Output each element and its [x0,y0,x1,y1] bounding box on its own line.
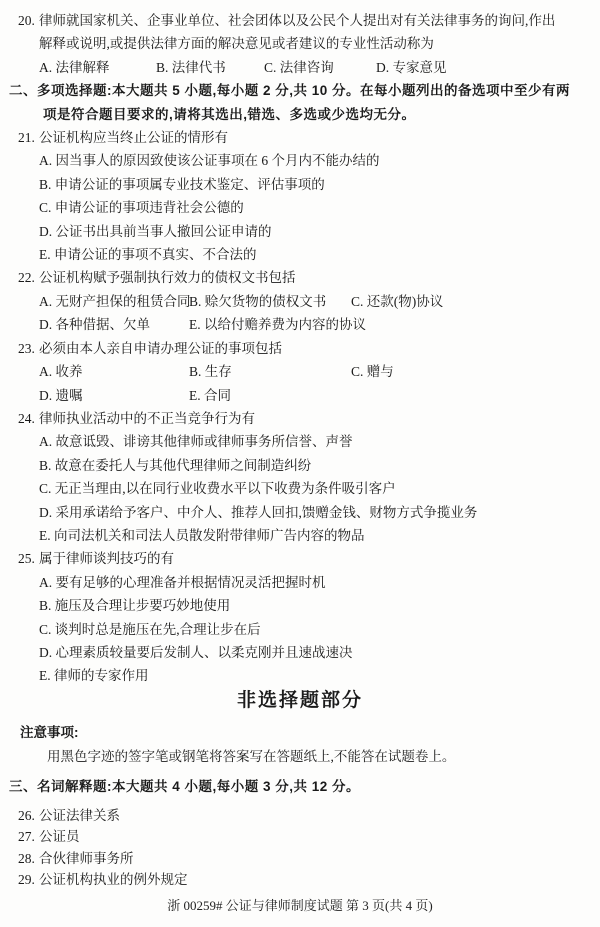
question-number: 22. [18,266,39,289]
option-a: A. 因当事人的原因致使该公证事项在 6 个月内不能办结的 [0,149,600,172]
option-b: B. 赊欠货物的债权文书 [189,290,351,313]
option-d: D. 各种借据、欠单 [39,313,189,336]
notice-label: 注意事项: [0,721,600,745]
question-23-options-row-1: A. 收养B. 生存C. 赠与 [0,360,600,383]
question-22-stem-line: 22.公证机构赋予强制执行效力的债权文书包括 [0,266,600,289]
definition-term: 公证法律关系 [39,808,120,823]
option-b: B. 生存 [189,360,351,383]
option-d: D. 公证书出具前当事人撤回公证申请的 [0,220,600,243]
option-e: E. 合同 [189,388,231,403]
question-20-line-1: 20.律师就国家机关、企事业单位、社会团体以及公民个人提出对有关法律事务的询问,… [0,9,600,32]
question-20-line-2: 解释或说明,或提供法律方面的解决意见或者建议的专业性活动称为 [0,32,600,55]
question-25-stem-line: 25.属于律师谈判技巧的有 [0,547,600,570]
option-b: B. 法律代书 [156,56,264,79]
definition-term: 公证员 [39,829,80,844]
option-b: B. 故意在委托人与其他代理律师之间制造纠纷 [0,454,600,477]
question-21-stem-line: 21.公证机构应当终止公证的情形有 [0,126,600,149]
section-2-heading-line-1: 二、多项选择题:本大题共 5 小题,每小题 2 分,共 10 分。在每小题列出的… [0,79,600,102]
option-c: C. 谈判时总是施压在先,合理让步在后 [0,618,600,641]
question-number: 29. [18,869,39,891]
definition-item-29: 29.公证机构执业的例外规定 [0,869,600,891]
definition-item-27: 27.公证员 [0,826,600,848]
question-number: 26. [18,805,39,827]
question-23-stem-line: 23.必须由本人亲自申请办理公证的事项包括 [0,337,600,360]
definition-question-list: 26.公证法律关系 27.公证员 28.合伙律师事务所 29.公证机构执业的例外… [0,805,600,891]
option-d: D. 专家意见 [376,60,447,75]
page-footer: 浙 00259# 公证与律师制度试题 第 3 页(共 4 页) [0,895,600,914]
option-e: E. 申请公证的事项不真实、不合法的 [0,243,600,266]
question-stem: 律师就国家机关、企事业单位、社会团体以及公民个人提出对有关法律事务的询问,作出 [39,13,555,28]
question-number: 25. [18,547,39,570]
option-b: B. 申请公证的事项属专业技术鉴定、评估事项的 [0,173,600,196]
question-stem: 公证机构应当终止公证的情形有 [39,130,228,145]
option-e: E. 律师的专家作用 [0,664,600,687]
question-stem: 必须由本人亲自申请办理公证的事项包括 [39,341,282,356]
option-a: A. 无财产担保的租赁合同 [39,290,189,313]
option-d: D. 遗嘱 [39,384,189,407]
option-a: A. 收养 [39,360,189,383]
option-c: C. 无正当理由,以在同行业收费水平以下收费为条件吸引客户 [0,477,600,500]
question-stem: 属于律师谈判技巧的有 [39,551,174,566]
definition-term: 公证机构执业的例外规定 [39,872,188,887]
question-number: 28. [18,848,39,870]
option-e: E. 以给付赡养费为内容的协议 [189,317,366,332]
option-c: C. 法律咨询 [264,56,376,79]
option-a: A. 要有足够的心理准备并根据情况灵活把握时机 [0,571,600,594]
option-c: C. 申请公证的事项违背社会公德的 [0,196,600,219]
question-number: 27. [18,826,39,848]
non-choice-section-title: 非选择题部分 [0,689,600,712]
definition-item-26: 26.公证法律关系 [0,805,600,827]
question-20-options-row: A. 法律解释B. 法律代书C. 法律咨询D. 专家意见 [0,56,600,79]
question-stem-continued: 解释或说明,或提供法律方面的解决意见或者建议的专业性活动称为 [39,36,434,51]
section-3-heading: 三、名词解释题:本大题共 4 小题,每小题 3 分,共 12 分。 [0,775,600,799]
question-stem: 公证机构赋予强制执行效力的债权文书包括 [39,270,296,285]
notice-text: 用黑色字迹的签字笔或钢笔将答案写在答题纸上,不能答在试题卷上。 [0,745,600,769]
question-number: 24. [18,407,39,430]
question-22-options-row-2: D. 各种借据、欠单E. 以给付赡养费为内容的协议 [0,313,600,336]
question-stem: 律师执业活动中的不正当竞争行为有 [39,411,255,426]
question-number: 23. [18,337,39,360]
option-d: D. 心理素质较量要后发制人、以柔克刚并且速战速决 [0,641,600,664]
option-c: C. 赠与 [351,364,394,379]
question-number: 20. [18,9,39,32]
option-c: C. 还款(物)协议 [351,294,443,309]
question-number: 21. [18,126,39,149]
option-a: A. 故意诋毁、诽谤其他律师或律师事务所信誉、声誉 [0,430,600,453]
question-23-options-row-2: D. 遗嘱E. 合同 [0,384,600,407]
option-a: A. 法律解释 [39,56,156,79]
question-22-options-row-1: A. 无财产担保的租赁合同B. 赊欠货物的债权文书C. 还款(物)协议 [0,290,600,313]
definition-term: 合伙律师事务所 [39,851,134,866]
definition-item-28: 28.合伙律师事务所 [0,848,600,870]
section-2-heading-line-2: 项是符合题目要求的,请将其选出,错选、多选或少选均无分。 [0,103,600,126]
option-e: E. 向司法机关和司法人员散发附带律师广告内容的物品 [0,524,600,547]
question-24-stem-line: 24.律师执业活动中的不正当竞争行为有 [0,407,600,430]
option-b: B. 施压及合理让步要巧妙地使用 [0,594,600,617]
exam-paper-page: 20.律师就国家机关、企事业单位、社会团体以及公民个人提出对有关法律事务的询问,… [0,0,600,927]
option-d: D. 采用承诺给予客户、中介人、推荐人回扣,馈赠金钱、财物方式争揽业务 [0,501,600,524]
